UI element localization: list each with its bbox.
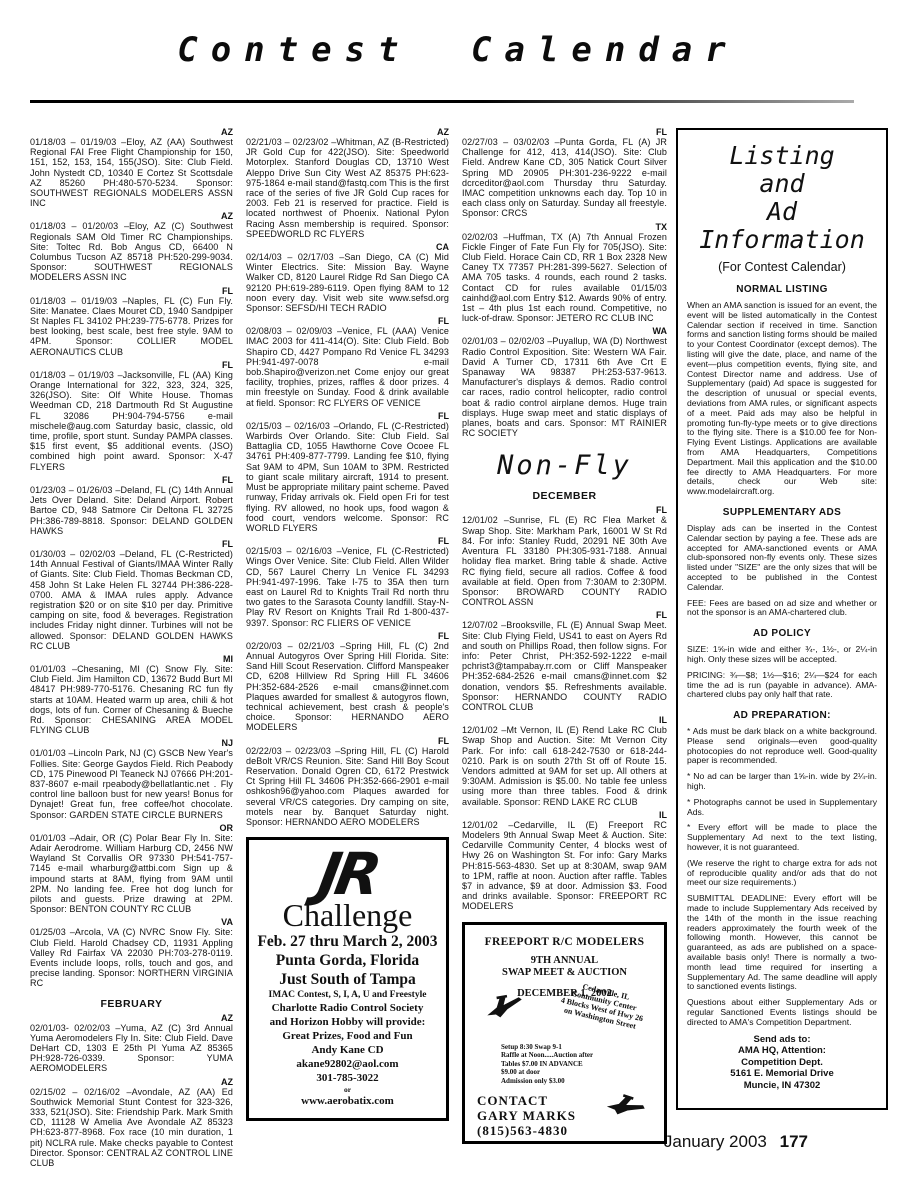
freeport-contact-line: GARY MARKS: [477, 1108, 576, 1123]
listing-text: 02/15/02 – 02/16/02 –Avondale, AZ (AA) E…: [30, 1087, 233, 1169]
section-heading: Non-Fly: [462, 450, 667, 481]
jr-ad-contest: IMAC Contest, S, I, A, U and Freestyle: [253, 989, 442, 1001]
jr-ad-cd: Andy Kane CD: [253, 1043, 442, 1057]
listing-state-label: NJ: [30, 738, 233, 748]
listing-text: 02/15/03 – 02/16/03 –Orlando, FL (C-Rest…: [246, 421, 449, 533]
info-paragraph: * Every effort will be made to place the…: [687, 823, 877, 852]
listing-text: 02/02/03 –Huffman, TX (A) 7th Annual Fro…: [462, 232, 667, 324]
jr-ad-city: Punta Gorda, Florida: [253, 951, 442, 970]
jr-ad-provider: and Horizon Hobby will provide:: [253, 1015, 442, 1029]
listing-state-label: FL: [246, 536, 449, 546]
jr-ad-web: www.aerobatix.com: [253, 1094, 442, 1108]
listing-state-label: FL: [30, 360, 233, 370]
listing-state-label: FL: [462, 610, 667, 620]
page-footer: January 2003 177: [608, 1132, 808, 1152]
listings-column-1: AZ 01/18/03 – 01/19/03 –Eloy, AZ (AA) So…: [30, 124, 233, 1168]
info-paragraph: SIZE: 1⅝-in wide and either ¾-, 1½-, or …: [687, 645, 877, 665]
month-heading: DECEMBER: [462, 490, 667, 502]
info-paragraph: * Photographs cannot be used in Suppleme…: [687, 798, 877, 818]
listing-text: 02/15/03 – 02/16/03 –Venice, FL (C-Restr…: [246, 546, 449, 628]
freeport-swap-meet-ad: FREEPORT R/C MODELERS 9TH ANNUAL SWAP ME…: [462, 922, 667, 1144]
freeport-contact-line: CONTACT: [477, 1093, 576, 1108]
listing-text: 01/23/03 – 01/26/03 –Deland, FL (C) 14th…: [30, 485, 233, 536]
listing-state-label: FL: [246, 631, 449, 641]
listing-state-label: IL: [462, 810, 667, 820]
listing-text: 02/20/03 – 02/21/03 –Spring Hill, FL (C)…: [246, 641, 449, 733]
info-address-line: Send ads to:: [687, 1034, 877, 1046]
jr-ad-prizes: Great Prizes, Food and Fun: [253, 1029, 442, 1043]
listing-text: 02/14/03 – 02/17/03 –San Diego, CA (C) M…: [246, 252, 449, 313]
listing-state-label: IL: [462, 715, 667, 725]
header-divider: [30, 100, 854, 103]
listing-text: 01/18/03 – 01/20/03 –Eloy, AZ (C) Southw…: [30, 221, 233, 282]
info-paragraph: FEE: Fees are based on ad size and wheth…: [687, 599, 877, 619]
freeport-detail-line: Admission only $3.00: [501, 1077, 593, 1086]
jr-logo: JR: [248, 846, 447, 902]
jr-ad-dates: Feb. 27 thru March 2, 2003: [253, 932, 442, 951]
listing-state-label: AZ: [30, 1013, 233, 1023]
freeport-ad-line2: 9TH ANNUAL: [471, 955, 658, 968]
listing-state-label: AZ: [246, 127, 449, 137]
freeport-detail-line: Raffle at Noon.....Auction after: [501, 1051, 593, 1060]
info-paragraph: (We reserve the right to charge extra fo…: [687, 859, 877, 888]
jr-challenge-ad: JR Challenge Feb. 27 thru March 2, 2003 …: [246, 837, 449, 1121]
jr-ad-email: akane92802@aol.com: [253, 1057, 442, 1071]
info-paragraph: SUBMITTAL DEADLINE: Every effort will be…: [687, 894, 877, 992]
info-paragraph: PRICING: ¾—$8; 1½—$16; 2¼—$24 for each t…: [687, 671, 877, 700]
listing-text: 01/18/03 – 01/19/03 –Naples, FL (C) Fun …: [30, 296, 233, 357]
info-box-title-line: and: [687, 170, 877, 198]
info-box-title: Listing and Ad Information: [687, 142, 877, 254]
listing-text: 02/01/03- 02/02/03 –Yuma, AZ (C) 3rd Ann…: [30, 1023, 233, 1074]
jr-ad-phone: 301-785-3022: [253, 1071, 442, 1085]
listing-state-label: AZ: [30, 1077, 233, 1087]
issue-date: January 2003: [664, 1132, 767, 1151]
listing-state-label: FL: [30, 539, 233, 549]
listing-state-label: FL: [246, 316, 449, 326]
listings-column-2-entries: AZ 02/21/03 – 02/23/02 –Whitman, AZ (B-R…: [246, 127, 449, 827]
listing-text: 01/18/03 – 01/19/03 –Eloy, AZ (AA) South…: [30, 137, 233, 208]
month-heading: FEBRUARY: [30, 998, 233, 1010]
listing-state-label: VA: [30, 917, 233, 927]
jr-ad-or: or: [253, 1085, 442, 1094]
listing-state-label: WA: [462, 326, 667, 336]
listing-info-box: Listing and Ad Information (For Contest …: [676, 128, 888, 1110]
listings-column-2: AZ 02/21/03 – 02/23/02 –Whitman, AZ (B-R…: [246, 124, 449, 1121]
info-section-heading: AD PREPARATION:: [687, 710, 877, 721]
listings-column-3: FL 02/27/03 – 03/02/03 –Punta Gorda, FL …: [462, 124, 667, 1144]
freeport-ad-title: FREEPORT R/C MODELERS: [471, 935, 658, 949]
listing-text: 01/01/03 –Lincoln Park, NJ (C) GSCB New …: [30, 748, 233, 819]
info-paragraph: Display ads can be inserted in the Conte…: [687, 524, 877, 593]
info-box-title-line: Ad Information: [687, 198, 877, 254]
listing-text: 01/18/03 – 01/19/03 –Jacksonville, FL (A…: [30, 370, 233, 472]
info-section-heading: NORMAL LISTING: [687, 284, 877, 295]
jr-ad-tagline: Just South of Tampa: [253, 970, 442, 989]
listing-text: 02/01/03 – 02/02/03 –Puyallup, WA (D) No…: [462, 336, 667, 438]
info-section-heading: AD POLICY: [687, 628, 877, 639]
info-address-line: AMA HQ, Attention:: [687, 1045, 877, 1057]
listing-text: 12/01/02 –Mt Vernon, IL (E) Rend Lake RC…: [462, 725, 667, 807]
jr-ad-society: Charlotte Radio Control Society: [253, 1001, 442, 1015]
info-address-line: Competition Dept.: [687, 1057, 877, 1069]
info-paragraph: * No ad can be larger than 1⅝-in. wide b…: [687, 772, 877, 792]
info-paragraph: Questions about either Supplementary Ads…: [687, 998, 877, 1027]
info-address-line: 5161 E. Memorial Drive: [687, 1068, 877, 1080]
listing-text: 12/01/02 –Sunrise, FL (E) RC Flea Market…: [462, 515, 667, 607]
info-box-title-line: Listing: [687, 142, 877, 170]
info-paragraph: * Ads must be dark black on a white back…: [687, 727, 877, 766]
listing-state-label: FL: [462, 505, 667, 515]
listing-text: 02/22/03 – 02/23/03 –Spring Hill, FL (C)…: [246, 746, 449, 828]
info-section-heading: SUPPLEMENTARY ADS: [687, 507, 877, 518]
listing-state-label: OR: [30, 823, 233, 833]
listing-state-label: FL: [30, 286, 233, 296]
freeport-ad-contact: CONTACTGARY MARKS(815)563-4830: [477, 1093, 576, 1138]
listing-text: 01/25/03 –Arcola, VA (C) NVRC Snow Fly. …: [30, 927, 233, 988]
listing-state-label: FL: [30, 475, 233, 485]
listing-text: 01/01/03 –Chesaning, MI (C) Snow Fly. Si…: [30, 664, 233, 735]
freeport-detail-line: Setup 8:30 Swap 9-1: [501, 1043, 593, 1052]
listing-state-label: MI: [30, 654, 233, 664]
listing-state-label: FL: [462, 127, 667, 137]
freeport-ad-details: Setup 8:30 Swap 9-1Raffle at Noon.....Au…: [501, 1043, 593, 1086]
page-title: Contest Calendar: [0, 30, 916, 70]
info-box-subtitle: (For Contest Calendar): [687, 260, 877, 274]
freeport-ad-venue: Cedarville, ILCommunity Center4 Blocks W…: [540, 974, 665, 1036]
freeport-contact-line: (815)563-4830: [477, 1123, 576, 1138]
listing-state-label: AZ: [30, 127, 233, 137]
magazine-page: Contest Calendar AZ 01/18/03 – 01/19/03 …: [0, 0, 916, 1200]
listing-state-label: AZ: [30, 211, 233, 221]
info-address-line: Muncie, IN 47302: [687, 1080, 877, 1092]
freeport-detail-line: $9.00 at door: [501, 1068, 593, 1077]
info-paragraph: When an AMA sanction is issued for an ev…: [687, 301, 877, 497]
listing-state-label: FL: [246, 736, 449, 746]
biplane-icon: [603, 1088, 649, 1124]
freeport-detail-line: Tables $7.00 IN ADVANCE: [501, 1060, 593, 1069]
listing-text: 01/30/03 – 02/02/03 –Deland, FL (C-Restr…: [30, 549, 233, 651]
listing-text: 12/07/02 –Brooksville, FL (E) Annual Swa…: [462, 620, 667, 712]
listings-column-3-entries: FL 02/27/03 – 03/02/03 –Punta Gorda, FL …: [462, 127, 667, 912]
listing-text: 02/08/03 – 02/09/03 –Venice, FL (AAA) Ve…: [246, 326, 449, 408]
listing-state-label: FL: [246, 411, 449, 421]
listing-state-label: TX: [462, 222, 667, 232]
listing-text: 02/27/03 – 03/02/03 –Punta Gorda, FL (A)…: [462, 137, 667, 219]
listing-text: 12/01/02 –Cedarville, IL (E) Freeport RC…: [462, 820, 667, 912]
listing-text: 01/01/03 –Adair, OR (C) Polar Bear Fly I…: [30, 833, 233, 915]
info-box-blocks: NORMAL LISTING When an AMA sanction is i…: [687, 284, 877, 1091]
listing-state-label: CA: [246, 242, 449, 252]
page-number: 177: [780, 1132, 808, 1151]
listing-text: 02/21/03 – 02/23/02 –Whitman, AZ (B-Rest…: [246, 137, 449, 239]
